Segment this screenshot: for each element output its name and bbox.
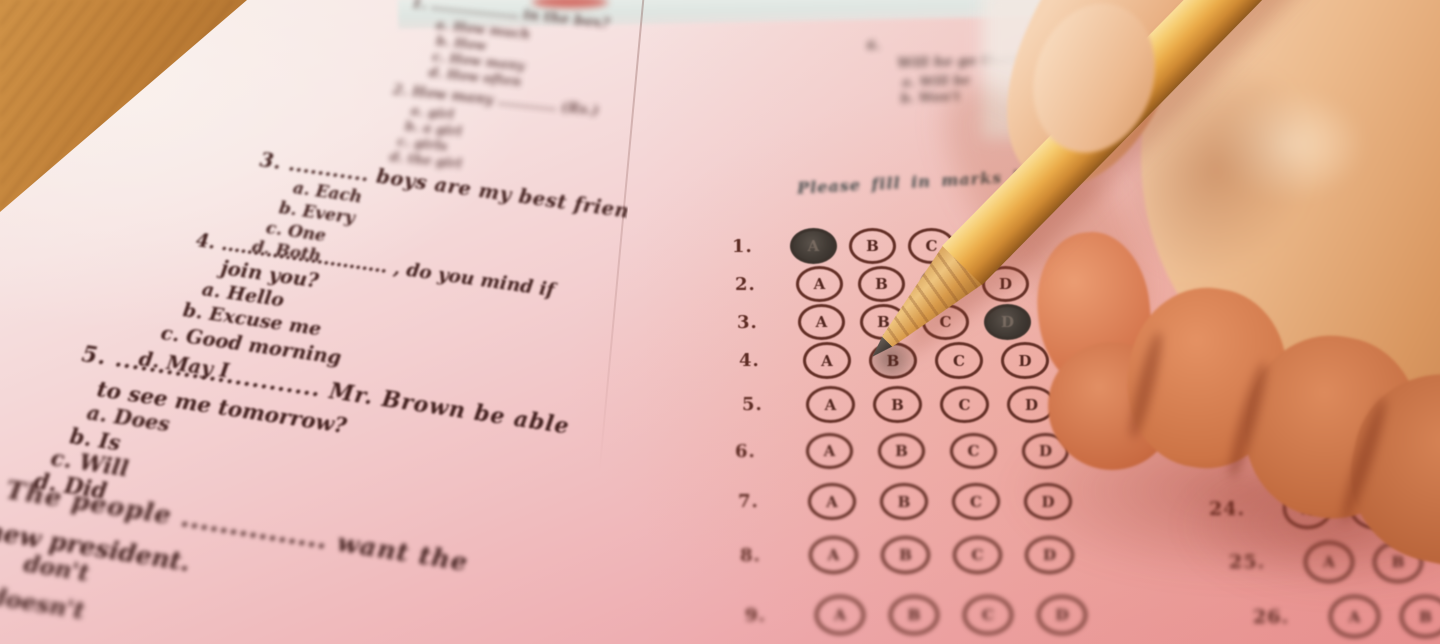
photo-test-answer-sheet: 1. .................. in the box? a. How… — [0, 0, 1440, 644]
curled-fingers — [0, 0, 1440, 644]
